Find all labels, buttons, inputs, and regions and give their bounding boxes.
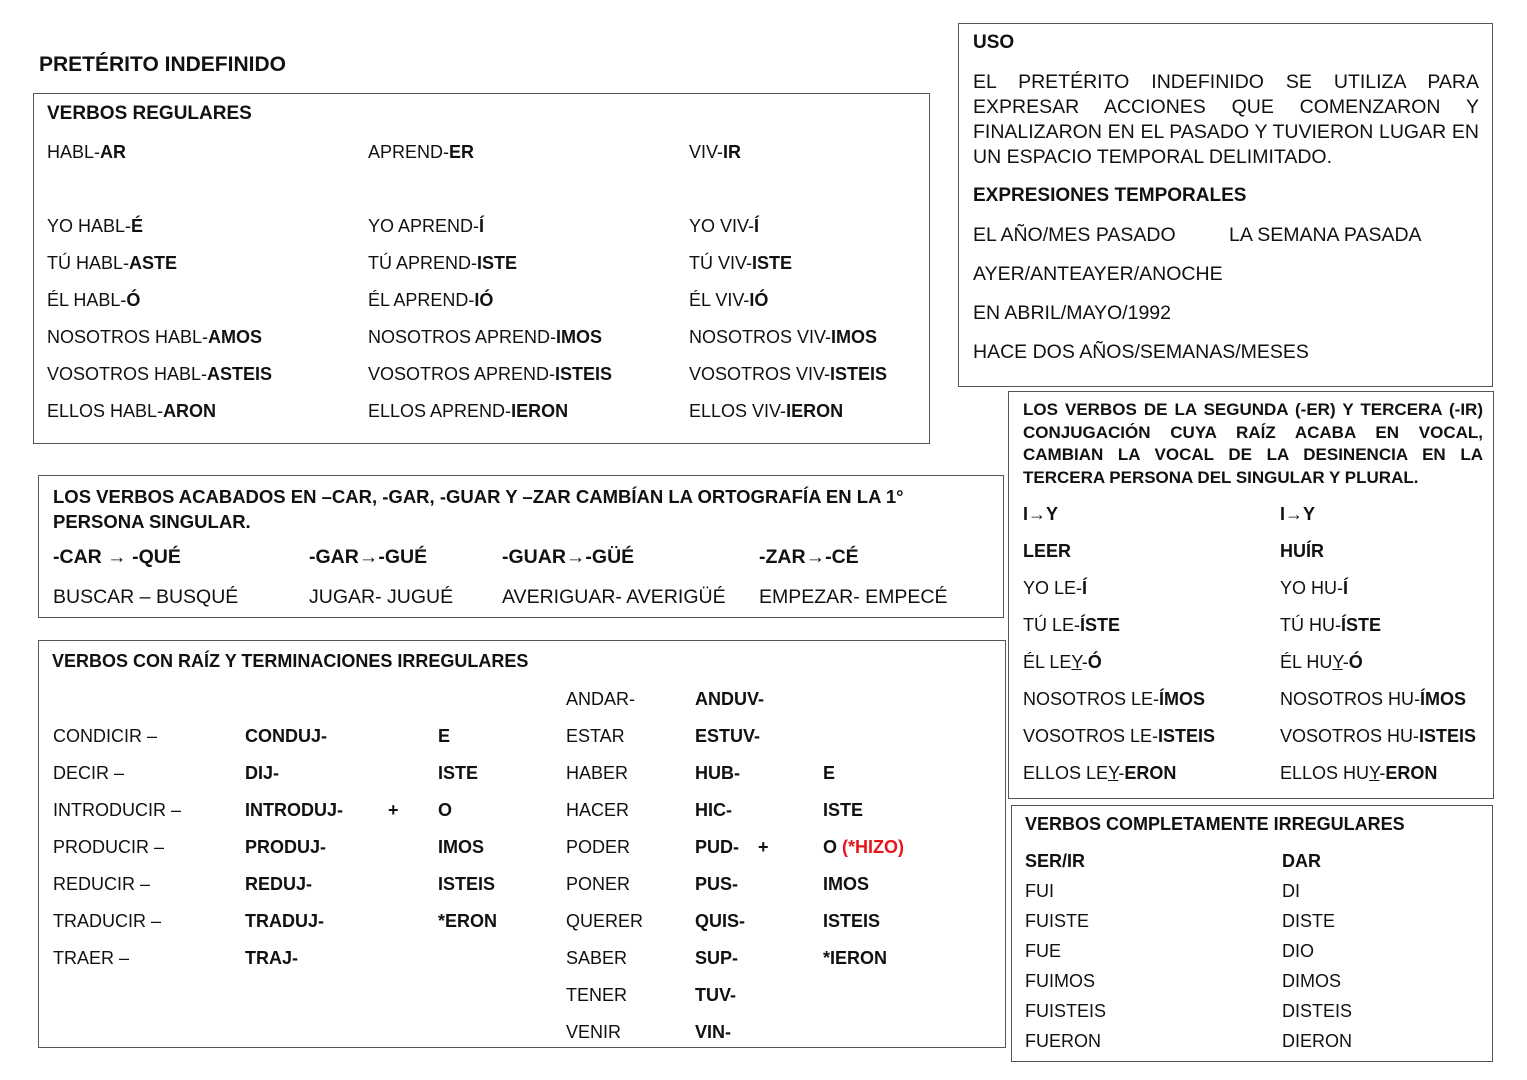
- irregular-form: DIERON: [1282, 1032, 1352, 1050]
- conjugation-row: YO HU-Í: [1280, 579, 1348, 597]
- page-title: PRETÉRITO INDEFINIDO: [39, 54, 286, 75]
- irregular-stems-box: VERBOS CON RAÍZ Y TERMINACIONES IRREGULA…: [38, 640, 1006, 1048]
- irregular-infinitive: HACER: [566, 801, 629, 819]
- usage-heading: USO: [973, 33, 1014, 52]
- conjugation-row: YO HABL-É: [47, 217, 143, 235]
- irregular-infinitive: SABER: [566, 949, 627, 967]
- time-expression: HACE DOS AÑOS/SEMANAS/MESES: [973, 343, 1309, 363]
- plus-sign: +: [758, 838, 769, 856]
- conjugation-row: YO VIV-Í: [689, 217, 759, 235]
- irregular-stem: VIN-: [695, 1023, 731, 1041]
- conjugation-row: NOSOTROS VIV-IMOS: [689, 328, 877, 346]
- conjugation-row: NOSOTROS APREND-IMOS: [368, 328, 602, 346]
- orthography-box: LOS VERBOS ACABADOS EN –CAR, -GAR, -GUAR…: [38, 475, 1004, 618]
- irregular-form: FUISTEIS: [1025, 1002, 1106, 1020]
- conjugation-row: TÚ HABL-ASTE: [47, 254, 177, 272]
- irregular-infinitive: CONDICIR –: [53, 727, 157, 745]
- irregular-stem: PRODUJ-: [245, 838, 326, 856]
- irregular-stem: HUB-: [695, 764, 740, 782]
- infinitive-label: HABL-AR: [47, 143, 126, 161]
- irregular-form: FUE: [1025, 942, 1061, 960]
- infinitive-label: VIV-IR: [689, 143, 741, 161]
- conjugation-row: YO APREND-Í: [368, 217, 484, 235]
- conjugation-row: TÚ APREND-ISTE: [368, 254, 517, 272]
- conjugation-row: VOSOTROS HU-ISTEIS: [1280, 727, 1476, 745]
- conjugation-row: VOSOTROS VIV-ISTEIS: [689, 365, 887, 383]
- irregular-infinitive: VENIR: [566, 1023, 621, 1041]
- irregular-infinitive: INTRODUCIR –: [53, 801, 181, 819]
- conjugation-row: NOSOTROS LE-ÍMOS: [1023, 690, 1205, 708]
- spelling-example: JUGAR- JUGUÉ: [309, 588, 453, 608]
- conjugation-row: NOSOTROS HABL-AMOS: [47, 328, 262, 346]
- irregular-stem: ANDUV-: [695, 690, 764, 708]
- irregular-stem: TRADUJ-: [245, 912, 324, 930]
- spelling-example: EMPEZAR- EMPECÉ: [759, 588, 948, 608]
- irregular-form: DIO: [1282, 942, 1314, 960]
- irregular-infinitive: ESTAR: [566, 727, 625, 745]
- orthography-heading: LOS VERBOS ACABADOS EN –CAR, -GAR, -GUAR…: [53, 484, 998, 534]
- irregular-infinitive: TRAER –: [53, 949, 129, 967]
- irregular-form: FUERON: [1025, 1032, 1101, 1050]
- irregular-infinitive: PONER: [566, 875, 630, 893]
- conjugation-row: ELLOS HUY-ERON: [1280, 764, 1437, 782]
- conjugation-row: NOSOTROS HU-ÍMOS: [1280, 690, 1466, 708]
- time-expressions-heading: EXPRESIONES TEMPORALES: [973, 186, 1246, 205]
- vowel-verb: HUÍR: [1280, 542, 1324, 560]
- irregular-form: DISTE: [1282, 912, 1335, 930]
- ending: ISTE: [823, 801, 863, 819]
- conjugation-row: ÉL VIV-IÓ: [689, 291, 768, 309]
- usage-box: USO EL PRETÉRITO INDEFINIDO SE UTILIZA P…: [958, 23, 1493, 387]
- irregular-stem: ESTUV-: [695, 727, 760, 745]
- irregular-form: FUISTE: [1025, 912, 1089, 930]
- ending: O (*HIZO): [823, 838, 904, 856]
- conjugation-row: ÉL HUY-Ó: [1280, 653, 1363, 671]
- spelling-example: BUSCAR – BUSQUÉ: [53, 588, 238, 608]
- conjugation-row: TÚ VIV-ISTE: [689, 254, 792, 272]
- irregular-stem: DIJ-: [245, 764, 279, 782]
- irregular-stems-heading: VERBOS CON RAÍZ Y TERMINACIONES IRREGULA…: [52, 652, 528, 670]
- time-expression: AYER/ANTEAYER/ANOCHE: [973, 265, 1223, 285]
- regular-verbs-heading: VERBOS REGULARES: [47, 104, 252, 123]
- conjugation-row: ELLOS HABL-ARON: [47, 402, 216, 420]
- regular-verbs-box: VERBOS REGULARES HABL-ARYO HABL-ÉTÚ HABL…: [33, 93, 930, 444]
- irregular-infinitive: DECIR –: [53, 764, 124, 782]
- irregular-verb: SER/IR: [1025, 852, 1085, 870]
- irregular-stem: CONDUJ-: [245, 727, 327, 745]
- time-expression: EL AÑO/MES PASADO: [973, 226, 1176, 246]
- irregular-infinitive: HABER: [566, 764, 628, 782]
- irregular-stem: TRAJ-: [245, 949, 298, 967]
- irregular-infinitive: TENER: [566, 986, 627, 1004]
- vowel-rule: I→Y: [1280, 505, 1315, 523]
- conjugation-row: ELLOS VIV-IERON: [689, 402, 843, 420]
- vowel-stem-verbs-box: LOS VERBOS DE LA SEGUNDA (-ER) Y TERCERA…: [1008, 391, 1494, 799]
- irregular-form: DIMOS: [1282, 972, 1341, 990]
- ending: *IERON: [823, 949, 887, 967]
- irregular-stem: INTRODUJ-: [245, 801, 343, 819]
- irregular-stem: TUV-: [695, 986, 736, 1004]
- vowel-stem-heading: LOS VERBOS DE LA SEGUNDA (-ER) Y TERCERA…: [1023, 399, 1483, 489]
- spelling-rule: -GUAR→-GÜÉ: [502, 548, 634, 568]
- plus-sign: +: [388, 801, 399, 819]
- conjugation-row: ÉL APREND-IÓ: [368, 291, 493, 309]
- ending: *ERON: [438, 912, 497, 930]
- conjugation-row: VOSOTROS HABL-ASTEIS: [47, 365, 272, 383]
- irregular-infinitive: ANDAR-: [566, 690, 635, 708]
- irregular-stem: QUIS-: [695, 912, 745, 930]
- irregular-stem: PUD-: [695, 838, 739, 856]
- irregular-infinitive: QUERER: [566, 912, 643, 930]
- conjugation-row: VOSOTROS LE-ISTEIS: [1023, 727, 1215, 745]
- irregular-form: FUI: [1025, 882, 1054, 900]
- irregular-infinitive: TRADUCIR –: [53, 912, 161, 930]
- conjugation-row: VOSOTROS APREND-ISTEIS: [368, 365, 612, 383]
- ending: E: [438, 727, 450, 745]
- ending: ISTEIS: [438, 875, 495, 893]
- conjugation-row: ELLOS LEY-ERON: [1023, 764, 1176, 782]
- time-expression: LA SEMANA PASADA: [1229, 226, 1422, 246]
- ending: ISTEIS: [823, 912, 880, 930]
- irregular-form: DISTEIS: [1282, 1002, 1352, 1020]
- conjugation-row: ÉL HABL-Ó: [47, 291, 140, 309]
- ending: IMOS: [823, 875, 869, 893]
- usage-text: EL PRETÉRITO INDEFINIDO SE UTILIZA PARA …: [973, 70, 1479, 170]
- spelling-rule: -CAR → -QUÉ: [53, 548, 181, 568]
- irregular-stem: SUP-: [695, 949, 738, 967]
- conjugation-row: TÚ LE-ÍSTE: [1023, 616, 1120, 634]
- irregular-form: FUIMOS: [1025, 972, 1095, 990]
- infinitive-label: APREND-ER: [368, 143, 474, 161]
- conjugation-row: ELLOS APREND-IERON: [368, 402, 568, 420]
- ending: ISTE: [438, 764, 478, 782]
- irregular-infinitive: REDUCIR –: [53, 875, 150, 893]
- vowel-rule: I→Y: [1023, 505, 1058, 523]
- conjugation-row: YO LE-Í: [1023, 579, 1087, 597]
- conjugation-row: ÉL LEY-Ó: [1023, 653, 1102, 671]
- irregular-stem: REDUJ-: [245, 875, 312, 893]
- irregular-form: DI: [1282, 882, 1300, 900]
- irregular-stem: HIC-: [695, 801, 732, 819]
- irregular-infinitive: PODER: [566, 838, 630, 856]
- fully-irregular-heading: VERBOS COMPLETAMENTE IRREGULARES: [1025, 815, 1405, 833]
- spelling-example: AVERIGUAR- AVERIGÜÉ: [502, 588, 726, 608]
- ending: IMOS: [438, 838, 484, 856]
- spelling-rule: -ZAR→-CÉ: [759, 548, 859, 568]
- time-expression: EN ABRIL/MAYO/1992: [973, 304, 1171, 324]
- conjugation-row: TÚ HU-ÍSTE: [1280, 616, 1381, 634]
- ending: O: [438, 801, 452, 819]
- ending: E: [823, 764, 835, 782]
- vowel-verb: LEER: [1023, 542, 1071, 560]
- spelling-rule: -GAR→-GUÉ: [309, 548, 427, 568]
- irregular-infinitive: PRODUCIR –: [53, 838, 164, 856]
- fully-irregular-box: VERBOS COMPLETAMENTE IRREGULARES SER/IRF…: [1011, 805, 1493, 1062]
- irregular-stem: PUS-: [695, 875, 738, 893]
- irregular-verb: DAR: [1282, 852, 1321, 870]
